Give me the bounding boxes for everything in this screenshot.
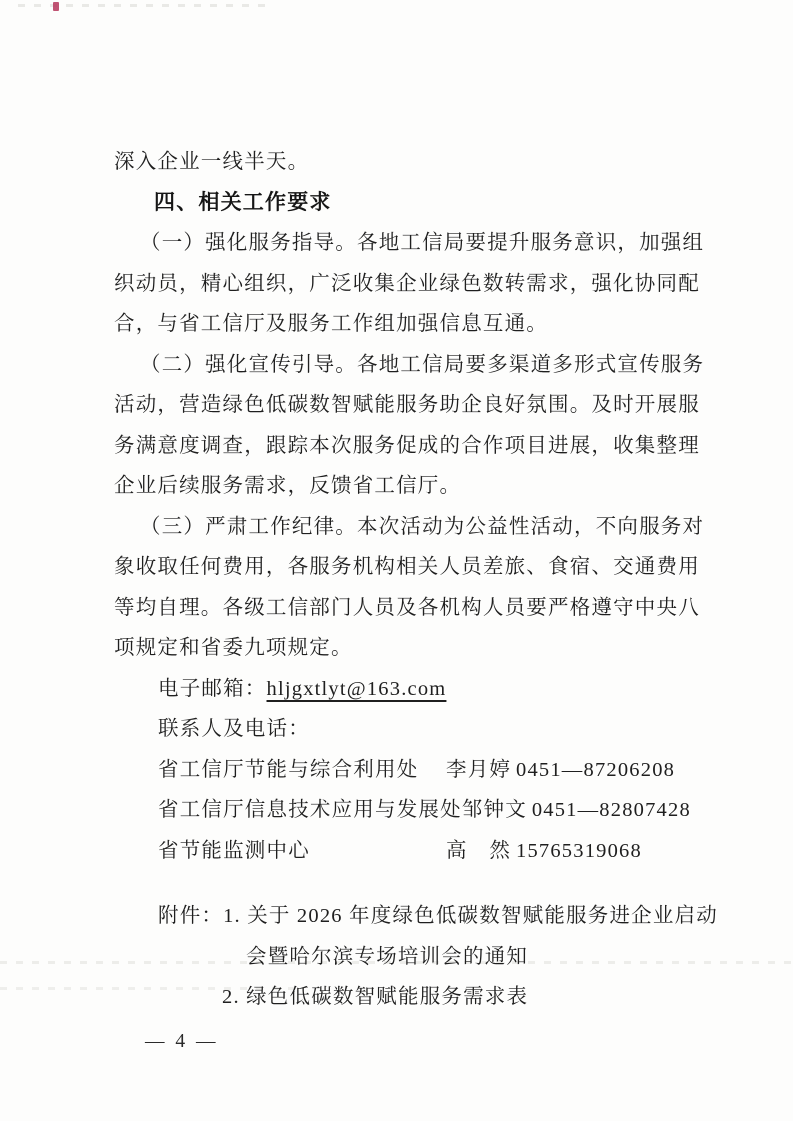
attachments-label: 附件： (158, 905, 223, 927)
paragraph-3-line-3: 等均自理。各级工信部门人员及各机构人员要严格遵守中央八 (114, 588, 710, 629)
contact-row: 省工信厅节能与综合利用处 李月婷 0451—87206208 (114, 750, 710, 791)
paragraph-3-line-1: （三）严肃工作纪律。本次活动为公益性活动，不向服务对 (114, 507, 710, 548)
paragraph-1-line-1: （一）强化服务指导。各地工信局要提升服务意识，加强组 (114, 223, 710, 264)
paragraph-2-line-1: （二）强化宣传引导。各地工信局要多渠道多形式宣传服务 (114, 345, 710, 386)
contact-phone: 15765319068 (516, 831, 642, 872)
email-address: hljgxtlyt@163.com (267, 678, 447, 700)
paragraph-3-line-2: 象收取任何费用，各服务机构相关人员差旅、食宿、交通费用 (114, 547, 710, 588)
scanned-document-page: 深入企业一线半天。 四、相关工作要求 （一）强化服务指导。各地工信局要提升服务意… (0, 0, 793, 1121)
contact-department: 省节能监测中心 (158, 831, 446, 872)
contact-phone: 0451—87206208 (516, 750, 675, 791)
attachment-line-1: 附件：1. 关于 2026 年度绿色低碳数智赋能服务进企业启动 (114, 896, 710, 937)
contacts-heading: 联系人及电话： (114, 709, 710, 750)
contact-row: 省节能监测中心 高 然 15765319068 (114, 831, 710, 872)
paragraph-3-line-4: 项规定和省委九项规定。 (114, 628, 710, 669)
page-number: — 4 — (145, 1022, 219, 1062)
contact-name: 邹钟文 (462, 790, 532, 831)
contact-name: 李月婷 (446, 750, 516, 791)
document-body: 深入企业一线半天。 四、相关工作要求 （一）强化服务指导。各地工信局要提升服务意… (114, 142, 710, 1018)
contact-row: 省工信厅信息技术应用与发展处 邹钟文 0451—82807428 (114, 790, 710, 831)
intro-line: 深入企业一线半天。 (114, 142, 710, 183)
section-heading: 四、相关工作要求 (114, 183, 710, 224)
paragraph-2-line-4: 企业后续服务需求，反馈省工信厅。 (114, 466, 710, 507)
attachment-line-3: 2. 绿色低碳数智赋能服务需求表 (114, 977, 710, 1018)
attachments-block: 附件：1. 关于 2026 年度绿色低碳数智赋能服务进企业启动 会暨哈尔滨专场培… (114, 896, 710, 1018)
contact-name: 高 然 (446, 831, 516, 872)
paragraph-2-line-3: 务满意度调查，跟踪本次服务促成的合作项目进展，收集整理 (114, 426, 710, 467)
email-label: 电子邮箱： (158, 678, 267, 700)
attachment-line-2: 会暨哈尔滨专场培训会的通知 (114, 937, 710, 978)
email-line: 电子邮箱：hljgxtlyt@163.com (114, 669, 710, 710)
paragraph-2-line-2: 活动，营造绿色低碳数智赋能服务助企良好氛围。及时开展服 (114, 385, 710, 426)
attachment-item-1: 1. 关于 2026 年度绿色低碳数智赋能服务进企业启动 (223, 905, 718, 927)
contact-phone: 0451—82807428 (532, 790, 691, 831)
red-mark-artifact (53, 2, 59, 11)
paragraph-1-line-2: 织动员，精心组织，广泛收集企业绿色数转需求，强化协同配 (114, 264, 710, 305)
contact-department: 省工信厅信息技术应用与发展处 (158, 790, 462, 831)
paragraph-1-line-3: 合，与省工信厅及服务工作组加强信息互通。 (114, 304, 710, 345)
contact-department: 省工信厅节能与综合利用处 (158, 750, 446, 791)
